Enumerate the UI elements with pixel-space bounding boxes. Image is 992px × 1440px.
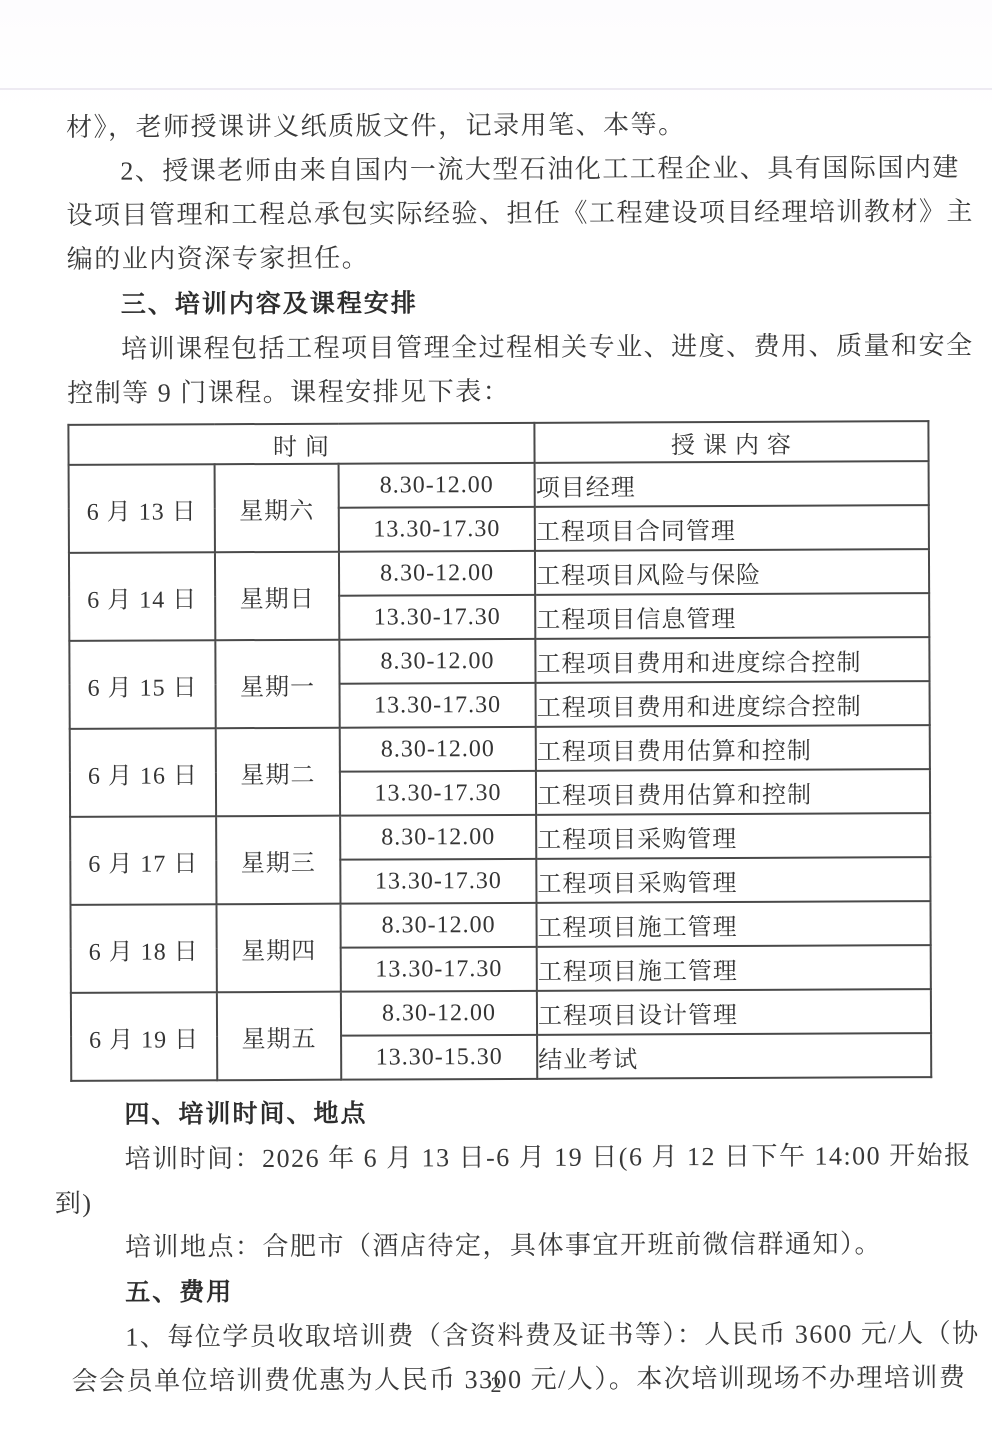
schedule-header-content: 授 课 内 容 — [534, 421, 928, 463]
schedule-weekday-cell: 星期一 — [215, 640, 339, 729]
course-schedule-table: 时 间 授 课 内 容 6 月 13 日 星期六 8.30-12.00 项目经理… — [67, 420, 932, 1082]
table-header-row: 时 间 授 课 内 容 — [68, 421, 928, 465]
paragraph-line: 设项目管理和工程总承包实际经验、担任《工程建设项目经理培训教材》主 — [66, 190, 928, 238]
schedule-weekday-cell: 星期日 — [215, 552, 339, 641]
schedule-date-cell: 6 月 19 日 — [71, 992, 217, 1081]
table-row: 6 月 14 日 星期日 8.30-12.00 工程项目风险与保险 — [69, 549, 929, 597]
schedule-time-cell: 13.30-17.30 — [340, 683, 536, 728]
paragraph-line: 培训课程包括工程项目管理全过程相关专业、进度、费用、质量和安全 — [67, 324, 929, 372]
schedule-time-cell: 13.30-17.30 — [341, 947, 537, 992]
schedule-content-cell: 工程项目合同管理 — [535, 505, 929, 551]
schedule-time-cell: 13.30-17.30 — [339, 595, 535, 640]
document-content: 材》，老师授课讲义纸质版文件，记录用笔、本等。 2、授课老师由来自国内一流大型石… — [66, 102, 934, 1404]
schedule-weekday-cell: 星期六 — [215, 464, 339, 553]
schedule-content-cell: 工程项目设计管理 — [537, 989, 931, 1035]
schedule-time-cell: 13.30-17.30 — [339, 507, 535, 552]
schedule-content-cell: 工程项目施工管理 — [537, 901, 931, 947]
schedule-date-cell: 6 月 15 日 — [69, 640, 215, 729]
schedule-content-cell: 工程项目施工管理 — [537, 945, 931, 991]
schedule-time-cell: 8.30-12.00 — [341, 991, 537, 1036]
scanned-document-page: 材》，老师授课讲义纸质版文件，记录用笔、本等。 2、授课老师由来自国内一流大型石… — [0, 0, 992, 1440]
table-row: 6 月 18 日 星期四 8.30-12.00 工程项目施工管理 — [70, 901, 930, 949]
schedule-content-cell: 工程项目费用和进度综合控制 — [535, 637, 929, 683]
schedule-content-cell: 工程项目信息管理 — [535, 593, 929, 639]
schedule-time-cell: 8.30-12.00 — [339, 551, 535, 596]
table-row: 6 月 19 日 星期五 8.30-12.00 工程项目设计管理 — [71, 989, 931, 1037]
paragraph-line: 到) — [55, 1178, 933, 1226]
paragraph-line: 编的业内资深专家担任。 — [67, 234, 929, 282]
schedule-content-cell: 工程项目费用估算和控制 — [536, 769, 930, 815]
schedule-weekday-cell: 星期五 — [217, 992, 341, 1081]
schedule-date-cell: 6 月 18 日 — [70, 904, 216, 993]
page-top-divider — [0, 88, 992, 90]
paragraph-line: 1、每位学员收取培训费（含资料费及证书等）：人民币 3600 元/人（协 — [71, 1312, 933, 1360]
table-row: 6 月 16 日 星期二 8.30-12.00 工程项目费用估算和控制 — [70, 725, 930, 773]
schedule-content-cell: 工程项目采购管理 — [536, 813, 930, 859]
schedule-header-time: 时 间 — [68, 423, 534, 465]
schedule-time-cell: 13.30-17.30 — [340, 859, 536, 904]
schedule-date-cell: 6 月 16 日 — [70, 728, 216, 817]
schedule-time-cell: 8.30-12.00 — [340, 903, 536, 948]
paragraph-line: 培训时间：2026 年 6 月 13 日-6 月 19 日(6 月 12 日下午… — [71, 1134, 933, 1182]
page-number: 2 — [0, 1372, 992, 1398]
section-heading-3: 三、培训内容及课程安排 — [67, 278, 929, 328]
section-heading-4: 四、培训时间、地点 — [70, 1088, 932, 1138]
paragraph-line: 2、授课老师由来自国内一流大型石油化工工程企业、具有国际国内建 — [66, 146, 928, 194]
schedule-weekday-cell: 星期三 — [216, 816, 340, 905]
schedule-date-cell: 6 月 14 日 — [69, 552, 215, 641]
table-row: 6 月 15 日 星期一 8.30-12.00 工程项目费用和进度综合控制 — [69, 637, 929, 685]
schedule-time-cell: 8.30-12.00 — [340, 727, 536, 772]
schedule-content-cell: 结业考试 — [537, 1033, 931, 1079]
paragraph-line: 培训地点：合肥市（酒店待定，具体事宜开班前微信群通知）。 — [71, 1222, 933, 1270]
schedule-time-cell: 13.30-15.30 — [341, 1035, 537, 1080]
schedule-date-cell: 6 月 17 日 — [70, 816, 216, 905]
section-heading-5: 五、费用 — [71, 1266, 933, 1316]
table-row: 6 月 17 日 星期三 8.30-12.00 工程项目采购管理 — [70, 813, 930, 861]
schedule-content-cell: 工程项目风险与保险 — [535, 549, 929, 595]
schedule-time-cell: 8.30-12.00 — [340, 815, 536, 860]
schedule-content-cell: 工程项目采购管理 — [536, 857, 930, 903]
schedule-time-cell: 13.30-17.30 — [340, 771, 536, 816]
schedule-content-cell: 项目经理 — [535, 461, 929, 507]
schedule-weekday-cell: 星期四 — [216, 904, 340, 993]
schedule-content-cell: 工程项目费用估算和控制 — [536, 725, 930, 771]
table-row: 6 月 13 日 星期六 8.30-12.00 项目经理 — [69, 461, 929, 509]
schedule-time-cell: 8.30-12.00 — [339, 639, 535, 684]
schedule-weekday-cell: 星期二 — [216, 728, 340, 817]
paragraph-continuation-line: 材》，老师授课讲义纸质版文件，记录用笔、本等。 — [66, 102, 928, 150]
paragraph-line: 控制等 9 门课程。课程安排见下表： — [67, 368, 929, 416]
schedule-time-cell: 8.30-12.00 — [339, 463, 535, 508]
schedule-content-cell: 工程项目费用和进度综合控制 — [536, 681, 930, 727]
schedule-date-cell: 6 月 13 日 — [69, 464, 215, 553]
